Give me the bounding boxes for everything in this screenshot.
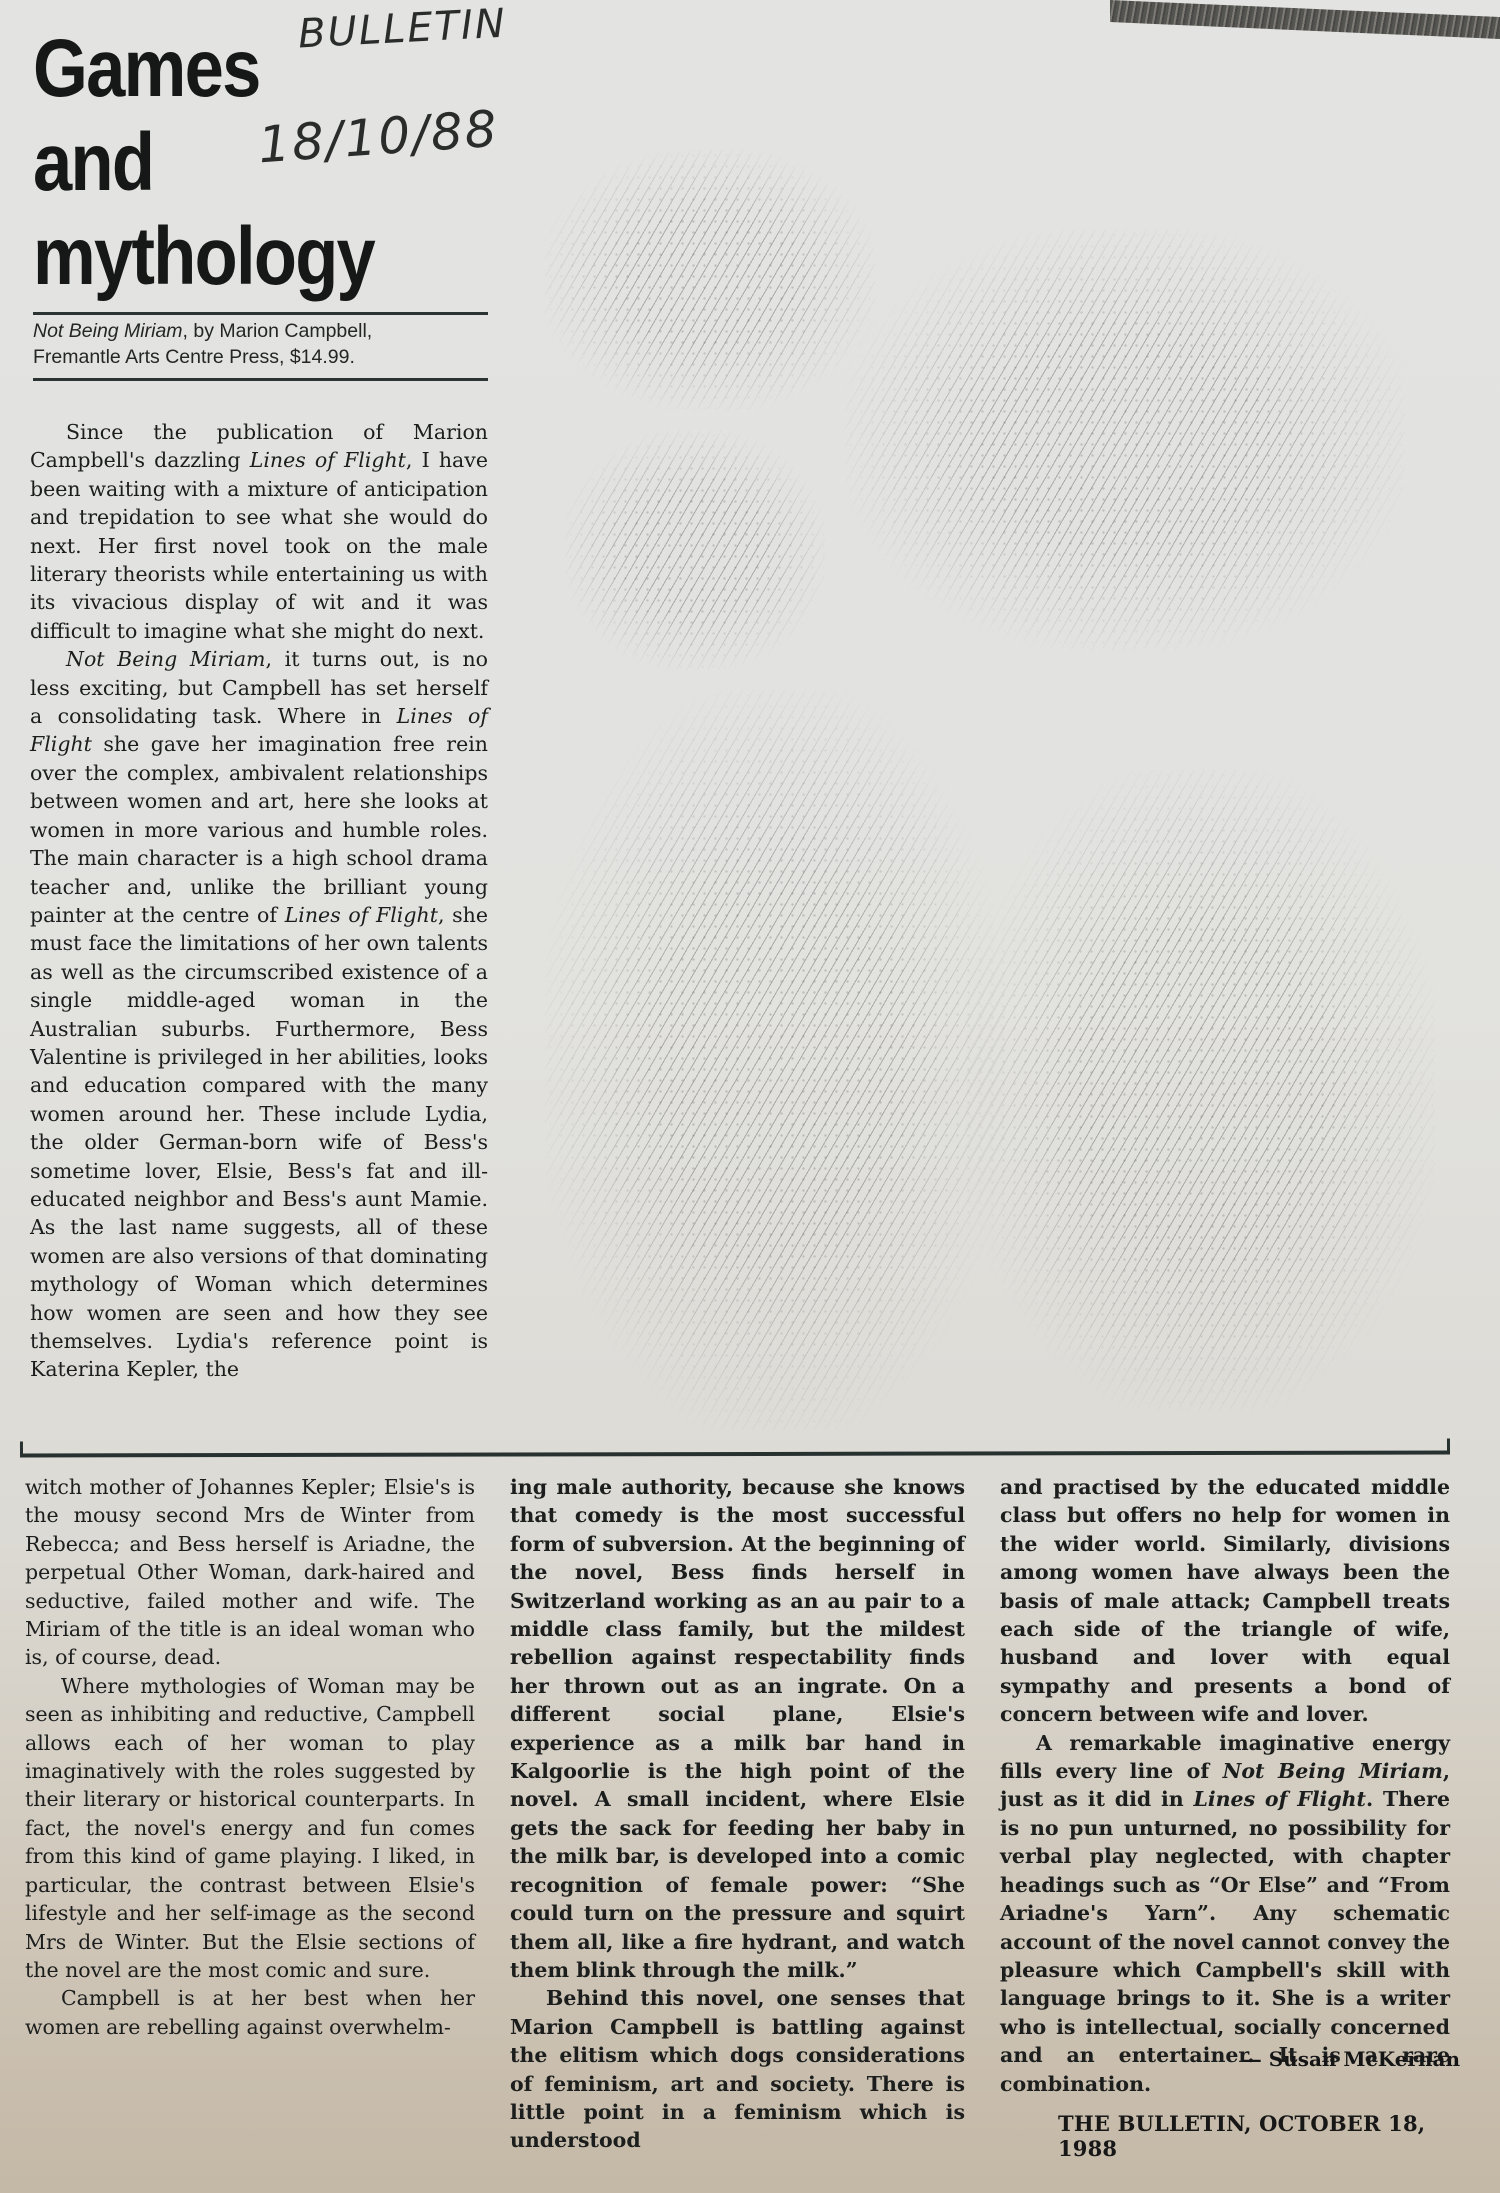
illustration-fragment bbox=[545, 690, 1005, 1430]
italic-title-text: Not Being Miriam bbox=[66, 647, 265, 671]
article-paragraph: Campbell is at her best when her women a… bbox=[25, 1984, 475, 2041]
paragraph-text: , I have been waiting with a mixture of … bbox=[30, 448, 488, 642]
illustration-fragment bbox=[565, 430, 825, 670]
book-info-bottom-rule bbox=[33, 378, 488, 381]
book-info-top-rule bbox=[33, 312, 488, 315]
article-column-bottom-3: and practised by the educated middle cla… bbox=[1000, 1473, 1450, 2098]
illustration-fragment bbox=[845, 230, 1405, 650]
italic-title-text: Lines of Flight bbox=[250, 448, 406, 472]
paragraph-text: , she must face the limitations of her o… bbox=[30, 903, 488, 1382]
article-paragraph: Not Being Miriam, it turns out, is no le… bbox=[30, 645, 488, 1384]
article-paragraph: and practised by the educated middle cla… bbox=[1000, 1473, 1450, 1729]
page-footer: THE BULLETIN, OCTOBER 18, 1988 bbox=[1058, 2111, 1468, 2161]
headline-line-3: mythology bbox=[33, 210, 374, 304]
section-divider bbox=[20, 1451, 1450, 1458]
handwritten-publication-note: BULLETIN bbox=[297, 1, 508, 58]
faded-illustration bbox=[545, 150, 1435, 1430]
italic-title-text: Lines of Flight bbox=[1193, 1787, 1366, 1811]
article-paragraph: ing male authority, because she knows th… bbox=[510, 1473, 965, 1984]
paragraph-text: and practised by the educated middle cla… bbox=[1000, 1475, 1450, 1726]
book-info: Not Being Miriam, by Marion Campbell, Fr… bbox=[33, 318, 493, 370]
book-author: , by Marion Campbell, bbox=[183, 320, 373, 342]
article-column-top: Since the publication of Marion Campbell… bbox=[30, 418, 488, 1384]
article-paragraph: Behind this novel, one senses that Mario… bbox=[510, 1984, 965, 2154]
byline: — Susan McKernan bbox=[1150, 2047, 1460, 2071]
article-paragraph: A remarkable imaginative energy fills ev… bbox=[1000, 1729, 1450, 2098]
article-paragraph: Since the publication of Marion Campbell… bbox=[30, 418, 488, 645]
article-paragraph: Where mythologies of Woman may be seen a… bbox=[25, 1672, 475, 1984]
italic-title-text: Lines of Flight bbox=[285, 903, 438, 927]
illustration-fragment bbox=[965, 770, 1435, 1410]
paragraph-text: Where mythologies of Woman may be seen a… bbox=[25, 1674, 475, 1982]
illustration-fragment bbox=[545, 150, 875, 410]
article-column-bottom-2: ing male authority, because she knows th… bbox=[510, 1473, 965, 2155]
article-paragraph: witch mother of Johannes Kepler; Elsie's… bbox=[25, 1473, 475, 1672]
page-edge-shadow bbox=[1110, 0, 1500, 39]
paragraph-text: ing male authority, because she knows th… bbox=[510, 1475, 965, 1982]
paragraph-text: Campbell is at her best when her women a… bbox=[25, 1986, 475, 2038]
paragraph-text: witch mother of Johannes Kepler; Elsie's… bbox=[25, 1475, 475, 1669]
italic-title-text: Not Being Miriam bbox=[1223, 1759, 1443, 1783]
book-title: Not Being Miriam bbox=[33, 320, 183, 342]
article-column-bottom-1: witch mother of Johannes Kepler; Elsie's… bbox=[25, 1473, 475, 2041]
paragraph-text: Behind this novel, one senses that Mario… bbox=[510, 1986, 965, 2152]
paragraph-text: she gave her imagination free rein over … bbox=[30, 732, 488, 926]
book-publisher-price: Fremantle Arts Centre Press, $14.99. bbox=[33, 344, 493, 370]
